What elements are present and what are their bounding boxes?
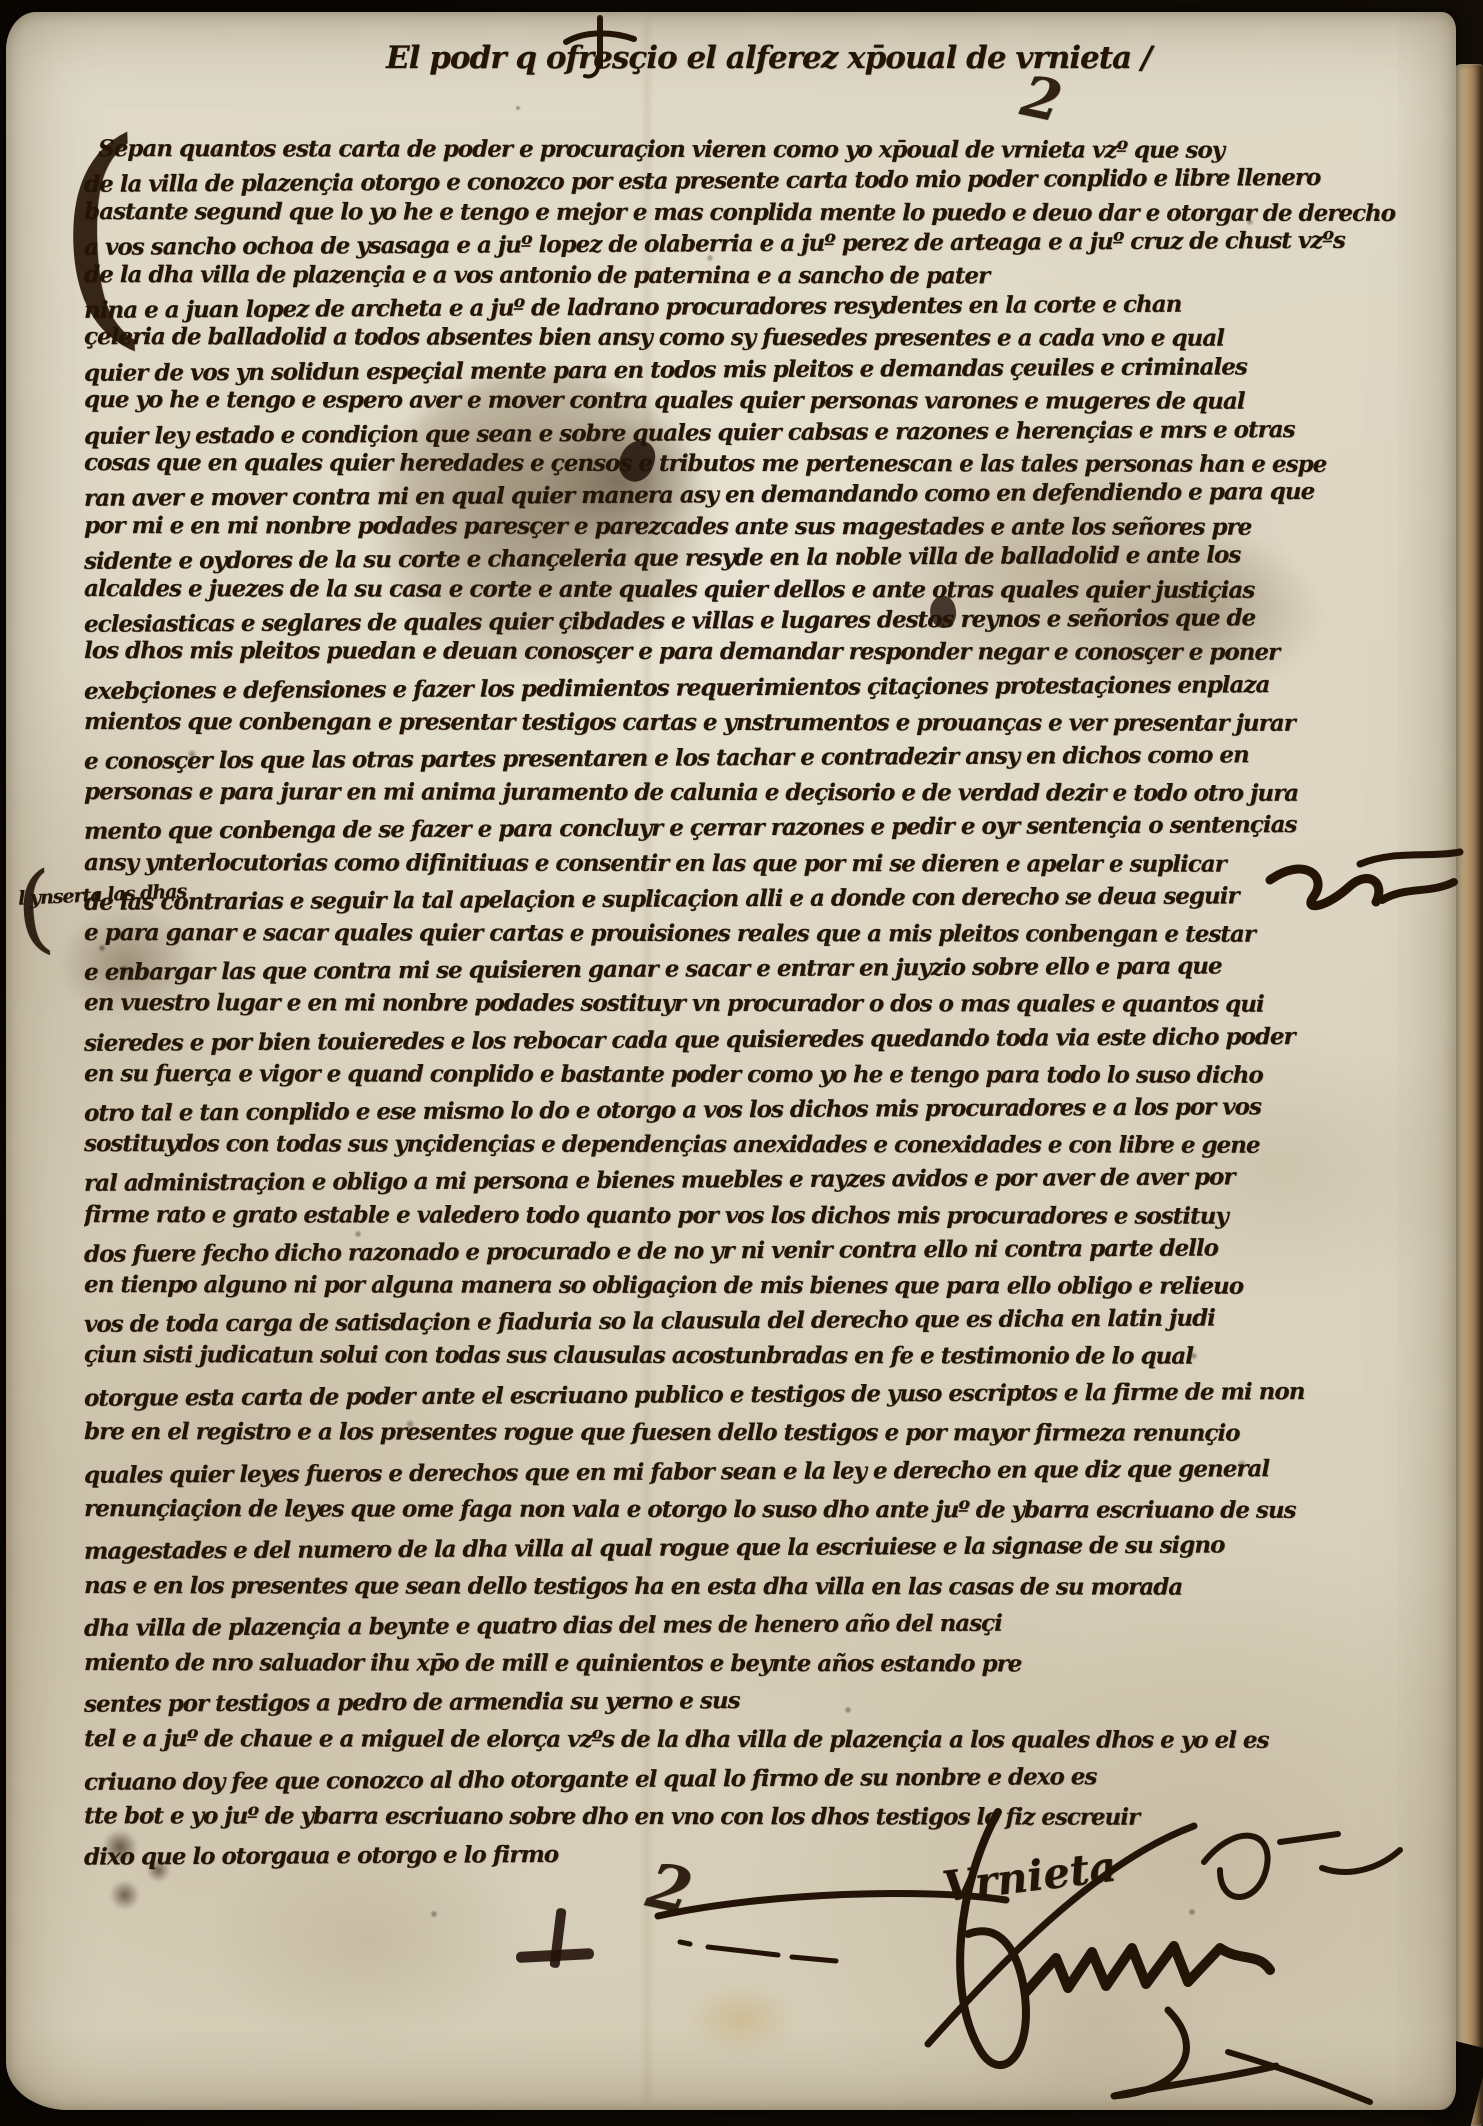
text-line: bastante segund que lo yo he e tengo e m… — [84, 198, 1444, 227]
text-line: sidente e oydores de la su corte e chanç… — [84, 540, 1444, 575]
text-line: exebçiones e defensiones e fazer los ped… — [84, 670, 1444, 705]
text-line: firme rato e grato estable e valedero to… — [84, 1201, 1444, 1230]
text-line: los dhos mis pleitos puedan e deuan cono… — [84, 637, 1444, 666]
text-line: e conosçer los que las otras partes pres… — [84, 740, 1444, 775]
text-line: quales quier leyes fueros e derechos que… — [84, 1454, 1444, 1489]
manuscript-photo: El podr q ofresçio el alferez xp̄oual de… — [0, 0, 1483, 2126]
text-line: por mi e en mi nonbre podades paresçer e… — [84, 512, 1444, 541]
text-line: de la villa de plazençia otorgo e conozc… — [84, 163, 1444, 198]
text-line: dha villa de plazençia a beynte e quatro… — [84, 1607, 1444, 1642]
text-line: de las contrarias e seguir la tal apelaç… — [84, 881, 1444, 916]
text-line: personas e para jurar en mi anima jurame… — [84, 778, 1444, 807]
text-line: eclesiasticas e seglares de quales quier… — [84, 603, 1444, 638]
text-line: sieredes e por bien touieredes e los reb… — [84, 1022, 1444, 1057]
text-line: vos de toda carga de satisdaçion e fiadu… — [84, 1303, 1444, 1338]
text-line: alcaldes e juezes de la su casa e corte … — [84, 575, 1444, 604]
text-line: ral administraçion e obligo a mi persona… — [84, 1162, 1444, 1197]
text-line: quier de vos yn solidun espeçial mente p… — [84, 352, 1444, 387]
text-line: renunçiaçion de leyes que ome faga non v… — [84, 1495, 1444, 1524]
text-line: a vos sancho ochoa de ysasaga e a juº lo… — [84, 226, 1444, 261]
text-line: criuano doy fee que conozco al dho otorg… — [84, 1761, 1444, 1796]
text-line: ansy ynterlocutorias como difinitiuas e … — [84, 849, 1444, 878]
text-line: çiun sisti judicatun solui con todas sus… — [84, 1341, 1444, 1370]
margin-overwrite-strokes — [1264, 842, 1474, 952]
text-line: nina e a juan lopez de archeta e a juº d… — [84, 289, 1444, 324]
text-line: tel e a juº de chaue e a miguel de elorç… — [84, 1725, 1444, 1754]
text-line: e para ganar e sacar quales quier cartas… — [84, 919, 1444, 948]
text-line: mientos que conbengan e presentar testig… — [84, 708, 1444, 737]
text-line: magestades e del numero de la dha villa … — [84, 1530, 1444, 1565]
text-line: en tienpo alguno ni por alguna manera so… — [84, 1271, 1444, 1300]
text-line: Sepan quantos esta carta de poder e proc… — [98, 135, 1444, 164]
text-line: sentes por testigos a pedro de armendia … — [84, 1685, 1063, 1717]
text-line: bre en el registro e a los presentes rog… — [84, 1418, 1444, 1447]
text-line: dixo que lo otorgaua e otorgo e lo firmo — [84, 1840, 655, 1870]
text-line: çeleria de balladolid a todos absentes b… — [84, 323, 1444, 352]
text-line: otro tal e tan conplido e ese mismo lo d… — [84, 1092, 1444, 1127]
text-line: e enbargar las que contra mi se quisiere… — [84, 951, 1444, 986]
signature-rubric — [628, 1800, 1458, 2120]
text-line: dos fuere fecho dicho razonado e procura… — [84, 1233, 1444, 1268]
text-line: cosas que en quales quier heredades e çe… — [84, 449, 1444, 478]
text-line: mento que conbenga de se fazer e para co… — [84, 810, 1444, 845]
text-line: nas e en los presentes que sean dello te… — [84, 1572, 1444, 1601]
text-line: de la dha villa de plazençia e a vos ant… — [84, 261, 1444, 290]
text-line: otorgue esta carta de poder ante el escr… — [84, 1377, 1444, 1412]
text-line: que yo he e tengo e espero aver e mover … — [84, 386, 1444, 415]
text-line: en su fuerça e vigor e quand conplido e … — [84, 1060, 1444, 1089]
text-line: quier ley estado e condiçion que sean e … — [84, 415, 1444, 450]
text-line: ran aver e mover contra mi en qual quier… — [84, 477, 1444, 512]
text-line: miento de nro saluador ihu xp̄o de mill … — [84, 1649, 1444, 1678]
text-line: en vuestro lugar e en mi nonbre podades … — [84, 989, 1444, 1018]
text-line: sostituydos con todas sus ynçidençias e … — [84, 1130, 1444, 1159]
